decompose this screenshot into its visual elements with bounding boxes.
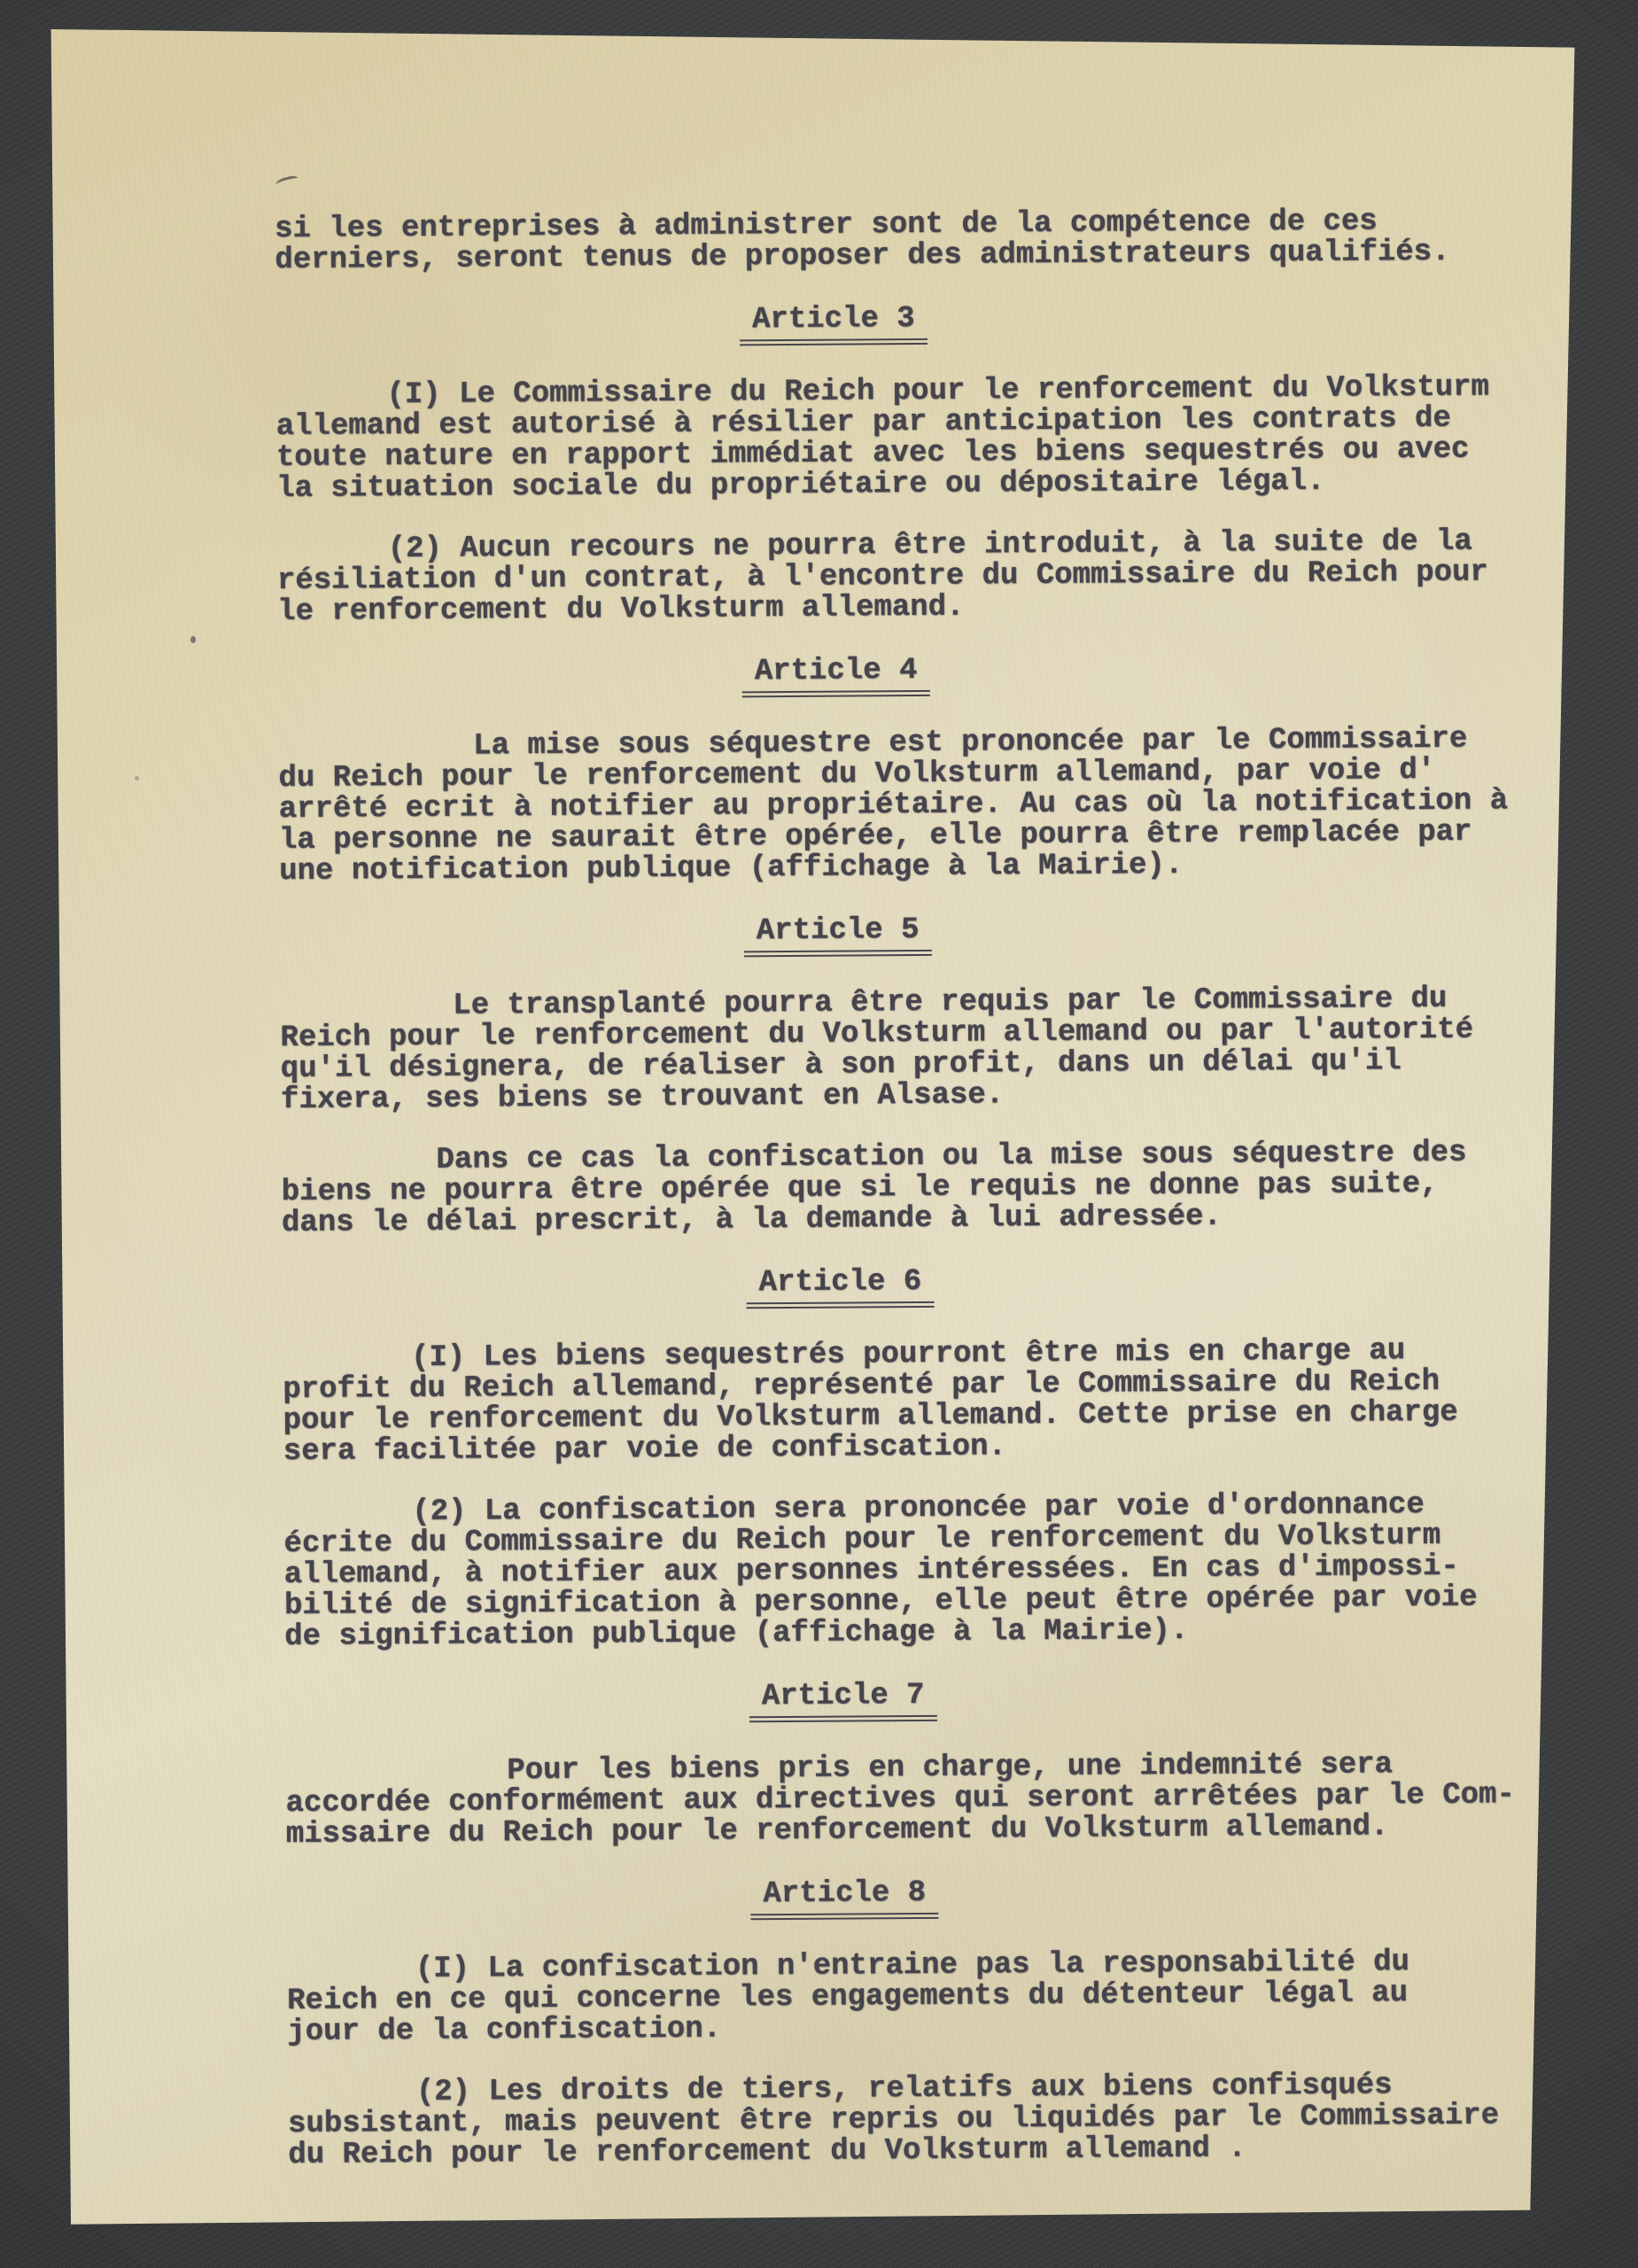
- article-heading: Article 6: [282, 1263, 1398, 1312]
- document-paragraph: (I) Le Commissaire du Reich pour le renf…: [276, 372, 1534, 505]
- article-heading: Article 4: [278, 652, 1394, 701]
- document-paragraph: (2) Aucun recours ne pourra être introdu…: [277, 526, 1536, 628]
- ink-mark: [275, 175, 299, 190]
- text-line: sera facilitée par voie de confiscation.: [283, 1428, 1541, 1468]
- article-heading: Article 5: [280, 912, 1396, 960]
- article-heading-label: Article 5: [744, 915, 932, 957]
- article-heading-label: Article 8: [750, 1878, 938, 1920]
- intro-paragraph: si les entreprises à administrer sont de…: [275, 206, 1533, 276]
- text-line: une notification publique (affichage à l…: [279, 848, 1537, 888]
- article-heading: Article 3: [276, 300, 1392, 349]
- article-heading-label: Article 7: [749, 1681, 937, 1722]
- text-line: la situation sociale du propriétaire ou …: [276, 465, 1534, 505]
- document-paragraph: (I) Les biens sequestrés pourront être m…: [283, 1335, 1541, 1468]
- document-paragraph: Dans ce cas la confiscation ou la mise s…: [281, 1138, 1540, 1239]
- document-paragraph: Pour les biens pris en charge, une indem…: [285, 1749, 1544, 1851]
- article-heading: Article 8: [286, 1875, 1402, 1923]
- text-line: dans le délai prescrit, à la demande à l…: [282, 1200, 1540, 1239]
- document-paragraph: (I) La confiscation n'entraine pas la re…: [287, 1946, 1546, 2048]
- text-line: de signification publique (affichage à l…: [284, 1613, 1542, 1653]
- document-paragraph: (2) La confiscation sera prononcée par v…: [283, 1489, 1542, 1653]
- text-line: du Reich pour le renforcement du Volkstu…: [288, 2132, 1546, 2171]
- document-paragraph: La mise sous séquestre est prononcée par…: [278, 724, 1537, 888]
- text-line: le renforcement du Volksturm allemand.: [277, 588, 1535, 628]
- ink-mark: [190, 636, 196, 643]
- text-flow: si les entreprises à administrer sont de…: [275, 206, 1547, 2202]
- document-paragraph: (2) Les droits de tiers, relatifs aux bi…: [288, 2070, 1547, 2171]
- backdrop: si les entreprises à administrer sont de…: [0, 0, 1638, 2268]
- text-line: jour de la confiscation.: [287, 2008, 1545, 2048]
- ink-mark: [135, 776, 139, 781]
- article-heading: Article 7: [285, 1677, 1401, 1726]
- text-line: derniers, seront tenus de proposer des a…: [275, 237, 1533, 276]
- text-line: fixera, ses biens se trouvant en Alsase.: [281, 1076, 1539, 1116]
- article-heading-label: Article 4: [742, 656, 930, 697]
- article-heading-label: Article 6: [746, 1267, 934, 1309]
- document-paragraph: Le transplanté pourra être requis par le…: [280, 983, 1539, 1116]
- article-heading-label: Article 3: [740, 304, 928, 346]
- text-line: missaire du Reich pour le renforcement d…: [286, 1811, 1544, 1851]
- paper: si les entreprises à administrer sont de…: [49, 27, 1577, 2225]
